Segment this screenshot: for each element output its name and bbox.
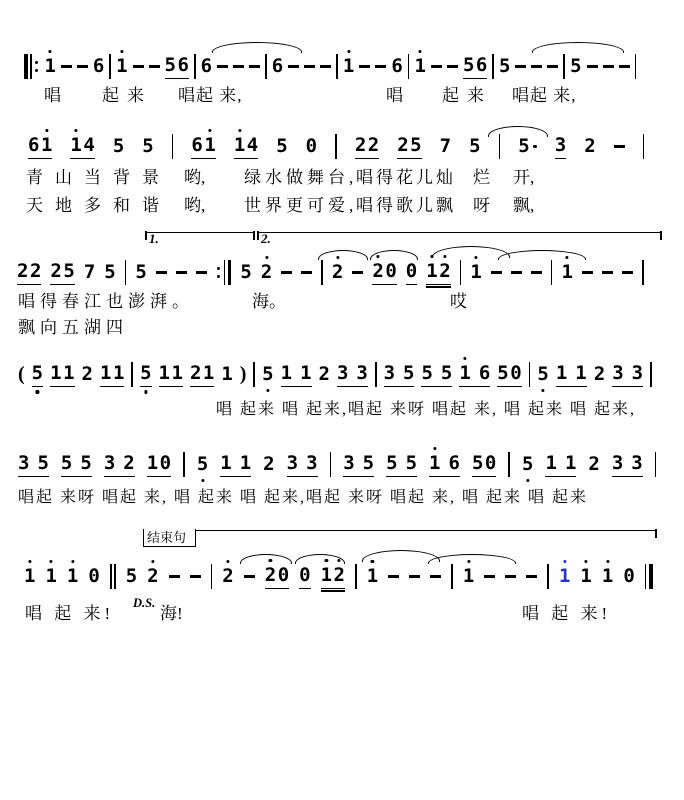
high-octave-dot xyxy=(419,50,422,53)
note: 2 xyxy=(147,566,158,587)
note: 7 xyxy=(440,136,451,157)
open-paren: ( xyxy=(18,363,25,386)
note-digit: 1 xyxy=(463,566,474,587)
note-digit: 1 xyxy=(343,56,354,77)
note-digit: 2 xyxy=(265,565,276,586)
bracket-label: 结束句 xyxy=(143,529,196,547)
sustain-dash xyxy=(547,65,558,68)
note-digit: 5 xyxy=(421,363,432,384)
note-digit: 2 xyxy=(263,454,274,475)
close-paren: ) xyxy=(240,363,247,386)
sustain-dash xyxy=(217,65,228,68)
note-digit: 6 xyxy=(448,453,459,474)
lyric-text: 起来 xyxy=(102,86,152,106)
sheet-music-page: 16156661615655唱起来唱起 来,唱起来唱起 来,6114556114… xyxy=(0,0,684,800)
barline xyxy=(194,54,196,79)
barline xyxy=(499,134,501,159)
note-digit: 3 xyxy=(306,453,317,474)
note-digit: 5 xyxy=(276,136,287,157)
low-octave-dot xyxy=(266,389,269,392)
sustain-dash xyxy=(249,65,260,68)
note-digit: 1 xyxy=(321,565,332,586)
high-octave-dot xyxy=(433,447,436,450)
sustain-dash xyxy=(531,65,542,68)
sustain-dash xyxy=(603,65,614,68)
notes-row: 16156661615655 xyxy=(24,54,636,79)
note-digit: 2 xyxy=(261,262,272,283)
sustain-dash xyxy=(388,575,399,578)
note: 5 xyxy=(240,262,251,283)
note: 2 xyxy=(82,364,93,385)
barline-thick xyxy=(649,564,653,589)
note-digit: 1 xyxy=(545,453,556,474)
sustain-dash xyxy=(526,575,537,578)
note-digit: 1 xyxy=(459,363,470,384)
note-digit: 5 xyxy=(240,262,251,283)
note-digit: 2 xyxy=(372,261,383,282)
note: 5 xyxy=(522,454,533,475)
barline xyxy=(375,362,377,387)
note-digit: 6 xyxy=(201,56,212,77)
sustain-dash xyxy=(511,271,522,274)
note-digit: 1 xyxy=(367,566,378,587)
note: 5 xyxy=(140,363,151,387)
beamed-note-group: 35 xyxy=(384,363,415,387)
lyric-text: 青山当背景 xyxy=(26,168,171,188)
note: 6 xyxy=(201,56,212,77)
note-digit: 2 xyxy=(332,262,343,283)
bracket-label: 1. xyxy=(149,232,159,245)
high-octave-dot xyxy=(347,50,350,53)
note-digit: 0 xyxy=(485,453,496,474)
note-digit: 0 xyxy=(385,261,396,282)
note-digit: 1 xyxy=(580,566,591,587)
note-digit: 1 xyxy=(63,363,74,384)
note: 5 xyxy=(499,56,510,77)
barline xyxy=(211,564,213,589)
note-digit: 3 xyxy=(612,453,623,474)
sustain-dash xyxy=(77,65,88,68)
note-digit: 1 xyxy=(116,56,127,77)
note: 1 xyxy=(367,566,378,587)
beamed-note-group: 10 xyxy=(147,453,171,477)
barline-thin xyxy=(645,564,647,589)
high-octave-dot xyxy=(606,560,609,563)
note-digit: 3 xyxy=(612,363,623,384)
note: 5 xyxy=(142,136,153,157)
barline xyxy=(492,54,494,79)
note: 2 xyxy=(594,364,605,385)
note-digit: 3 xyxy=(104,453,115,474)
high-octave-dot xyxy=(226,560,229,563)
beamed-note-group: 14 xyxy=(234,135,258,159)
note-digit: 1 xyxy=(565,453,576,474)
sustain-dash xyxy=(352,271,363,274)
beamed-note-group: 11 xyxy=(159,363,183,387)
bracket-label: 2. xyxy=(261,232,271,245)
note-digit: 6 xyxy=(28,135,39,156)
note-digit: 1 xyxy=(50,363,61,384)
rest-note: 0 xyxy=(623,566,634,587)
lyric-text: 唱 起 来! xyxy=(25,604,114,624)
beamed-note-group: 11 xyxy=(281,363,312,387)
repeat-begin-barline xyxy=(24,54,39,79)
note-digit: 1 xyxy=(171,363,182,384)
system-3: 1.2.22257555222001211唱得春江也澎湃。海。哎飘向五湖四 xyxy=(0,232,684,344)
note: 6 xyxy=(93,56,104,77)
beamed-note-group: 14 xyxy=(70,135,94,159)
note: 1 xyxy=(470,262,481,283)
barline xyxy=(172,134,174,159)
note: 1 xyxy=(24,566,35,587)
high-octave-dot xyxy=(151,560,154,563)
barline xyxy=(551,260,553,285)
note-digit: 1 xyxy=(414,56,425,77)
beamed-note-group: 55 xyxy=(386,453,417,477)
note-digit: 1 xyxy=(602,566,613,587)
note: 5 xyxy=(135,262,146,283)
note-digit: 1 xyxy=(147,453,158,474)
sustain-dash xyxy=(304,65,315,68)
note: 1 xyxy=(463,566,474,587)
sustain-dash xyxy=(515,65,526,68)
sustain-dash xyxy=(156,271,167,274)
note-digit: 3 xyxy=(18,453,29,474)
note-digit: 5 xyxy=(61,453,72,474)
barline xyxy=(650,362,652,387)
high-octave-dot xyxy=(50,560,53,563)
lyric-text: 唱得春江也澎湃。 xyxy=(18,292,194,312)
note-digit: 5 xyxy=(518,136,529,157)
note-digit: 1 xyxy=(470,262,481,283)
note: 5 xyxy=(197,454,208,475)
beamed-note-group: 61 xyxy=(191,135,215,159)
rest-note: 0 xyxy=(306,136,317,157)
sustain-dash xyxy=(288,65,299,68)
lyric-text: 哟, xyxy=(184,196,205,216)
note-digit: 1 xyxy=(24,566,35,587)
high-octave-dot xyxy=(265,256,268,259)
note-digit: 1 xyxy=(426,261,437,282)
sustain-dash xyxy=(149,65,160,68)
sustain-dash xyxy=(301,271,312,274)
note: 5 xyxy=(262,364,273,385)
augmentation-dot xyxy=(533,145,537,149)
note-digit: 6 xyxy=(391,56,402,77)
note-digit: 3 xyxy=(343,453,354,474)
barline xyxy=(408,54,410,79)
sustain-dash xyxy=(447,65,458,68)
note-digit: 2 xyxy=(147,566,158,587)
note-digit: 6 xyxy=(191,135,202,156)
lyric-text: 海。 xyxy=(252,292,286,312)
beamed-note-group: 33 xyxy=(287,453,318,477)
beamed-note-group: 56 xyxy=(463,55,487,79)
note-digit: 5 xyxy=(463,55,474,76)
barline xyxy=(635,54,637,79)
note-digit: 0 xyxy=(160,453,171,474)
note: 1 xyxy=(602,566,613,587)
barline-thin xyxy=(30,54,32,79)
note-digit: 3 xyxy=(287,453,298,474)
note-digit: 1 xyxy=(41,135,52,156)
note-digit: 5 xyxy=(469,136,480,157)
high-octave-dot xyxy=(238,129,241,132)
beamed-note-group: 12 xyxy=(321,565,345,589)
note-digit: 1 xyxy=(220,453,231,474)
slur-tie-arc xyxy=(212,42,302,53)
beamed-note-group: 55 xyxy=(421,363,452,387)
note: 2 xyxy=(222,566,233,587)
sustain-dash xyxy=(587,65,598,68)
sustain-dash xyxy=(602,271,613,274)
note-digit: 1 xyxy=(204,135,215,156)
rest-note: 0 xyxy=(299,565,310,589)
high-octave-dot xyxy=(474,256,477,259)
note-digit: 6 xyxy=(272,56,283,77)
note-digit: 2 xyxy=(50,261,61,282)
barline-thick xyxy=(24,54,28,79)
note-digit: 5 xyxy=(406,453,417,474)
lyric-text: 起来 xyxy=(442,86,492,106)
low-octave-dot xyxy=(526,479,529,482)
note-digit: 2 xyxy=(588,454,599,475)
note-digit: 1 xyxy=(575,363,586,384)
note: 5 xyxy=(276,136,287,157)
repeat-dots xyxy=(35,61,38,72)
lyric-text: 烂 xyxy=(473,168,490,188)
final-barline xyxy=(645,564,653,589)
system-2: 611455611450222575532青山当背景哟,绿水做舞台,唱得花儿灿烂… xyxy=(0,126,684,238)
note: 5 xyxy=(104,262,115,283)
beamed-note-group: 33 xyxy=(612,453,643,477)
note: 6 xyxy=(272,56,283,77)
ending-section-bracket: 结束句 xyxy=(143,530,657,541)
note-digit-highlight: 1 xyxy=(559,566,570,587)
lyric-text: 呀 xyxy=(473,196,490,216)
note-digit: 1 xyxy=(300,363,311,384)
note-digit: 5 xyxy=(570,56,581,77)
lyric-text: 开, xyxy=(513,168,534,188)
high-octave-dot xyxy=(464,357,467,360)
note: 5 xyxy=(113,136,124,157)
barline xyxy=(265,54,267,79)
repeat-dot xyxy=(217,267,220,270)
lyric-text: 唱起 来, xyxy=(178,86,243,106)
repeat-end-barline xyxy=(216,260,231,285)
slur-tie-arc xyxy=(532,42,624,53)
sustain-dash xyxy=(375,65,386,68)
lyric-text: 天地多和谐 xyxy=(26,196,171,216)
note: 1 xyxy=(67,566,78,587)
note-digit: 2 xyxy=(30,261,41,282)
sustain-dash xyxy=(244,575,255,578)
sustain-dash xyxy=(614,145,625,148)
note-digit: 0 xyxy=(406,261,417,282)
note-digit: 1 xyxy=(221,364,232,385)
lyric-text: 海! xyxy=(160,604,183,624)
sustain-dash xyxy=(133,65,144,68)
sustain-dash xyxy=(281,271,292,274)
note: 2 xyxy=(319,364,330,385)
volta-bracket: 1. xyxy=(145,232,255,243)
beamed-note-group: 33 xyxy=(612,363,643,387)
note: 5 xyxy=(518,136,537,157)
note-digit: 5 xyxy=(37,453,48,474)
beamed-note-group: 20 xyxy=(265,565,289,589)
note-digit: 1 xyxy=(113,363,124,384)
note: 6 xyxy=(391,56,402,77)
slur-tie-arc xyxy=(318,250,368,260)
beamed-note-group: 61 xyxy=(28,135,52,159)
note-digit: 2 xyxy=(334,565,345,586)
beamed-note-group: 55 xyxy=(61,453,92,477)
slur-tie-arc xyxy=(240,554,292,564)
note-digit: 2 xyxy=(439,261,450,282)
beamed-note-group: 25 xyxy=(50,261,74,285)
note-digit: 3 xyxy=(356,363,367,384)
high-octave-dot xyxy=(49,50,52,53)
note-digit: 2 xyxy=(355,135,366,156)
note-digit: 0 xyxy=(623,566,634,587)
note-digit: 0 xyxy=(88,566,99,587)
sustain-dash xyxy=(430,575,441,578)
note-digit: 5 xyxy=(537,364,548,385)
sustain-dash xyxy=(622,271,633,274)
note: 5 xyxy=(537,364,548,385)
sustain-dash xyxy=(431,65,442,68)
note-digit: 5 xyxy=(140,363,151,384)
note-digit: 2 xyxy=(123,453,134,474)
barline-thin xyxy=(114,564,116,589)
note: 1 xyxy=(559,566,570,587)
note-digit: 1 xyxy=(234,135,245,156)
lyric-text: 唱得花儿灿 xyxy=(356,168,456,188)
note-digit: 3 xyxy=(337,363,348,384)
beamed-note-group: 22 xyxy=(355,135,379,159)
barline xyxy=(451,564,453,589)
barline-thin xyxy=(110,564,112,589)
note: 5 xyxy=(32,363,43,387)
beamed-note-group: 11 xyxy=(100,363,124,387)
note-digit: 5 xyxy=(497,363,508,384)
note-digit: 5 xyxy=(113,136,124,157)
notes-row: 22257555222001211 xyxy=(17,260,644,285)
notes-row: 111052220012111110 xyxy=(24,564,653,589)
note-digit: 5 xyxy=(142,136,153,157)
note-digit: 1 xyxy=(45,566,56,587)
note: 7 xyxy=(84,262,95,283)
note: 5 xyxy=(469,136,480,157)
high-octave-dot xyxy=(71,560,74,563)
barline xyxy=(643,134,645,159)
lyric-text: 唱 xyxy=(44,86,61,106)
note: 5 xyxy=(570,56,581,77)
note-digit: 1 xyxy=(70,135,81,156)
lyric-text: 哎 xyxy=(450,292,467,312)
repeat-dot xyxy=(35,69,38,72)
lyric-text: 唱起 来, xyxy=(512,86,577,106)
note-digit: 1 xyxy=(67,566,78,587)
barline xyxy=(131,362,133,387)
note: 2 xyxy=(584,136,595,157)
note-digit: 4 xyxy=(83,135,94,156)
note-digit: 3 xyxy=(632,363,643,384)
notes-row: 611455611450222575532 xyxy=(28,134,644,159)
beamed-note-group: 16 xyxy=(459,363,490,387)
double-barline xyxy=(110,564,116,589)
beamed-note-group: 33 xyxy=(337,363,368,387)
high-octave-dot xyxy=(585,560,588,563)
low-octave-dot xyxy=(36,390,39,393)
note-digit: 6 xyxy=(177,55,188,76)
note-digit: 0 xyxy=(299,565,310,586)
beamed-note-group: 35 xyxy=(343,453,374,477)
sustain-dash xyxy=(505,575,516,578)
barline xyxy=(655,452,657,477)
note-digit: 2 xyxy=(368,135,379,156)
note-digit: 4 xyxy=(247,135,258,156)
beamed-note-group: 12 xyxy=(426,261,450,285)
note: 1 xyxy=(44,56,55,77)
note-digit: 6 xyxy=(93,56,104,77)
note-digit: 5 xyxy=(441,363,452,384)
note-digit: 5 xyxy=(126,566,137,587)
rest-note: 0 xyxy=(406,261,417,285)
sustain-dash xyxy=(61,65,72,68)
barline xyxy=(335,134,337,159)
note-digit: 5 xyxy=(135,262,146,283)
note-digit: 7 xyxy=(440,136,451,157)
slur-tie-arc xyxy=(498,250,586,260)
note-digit: 3 xyxy=(631,453,642,474)
system-6: 结束句111052220012111110唱 起 来!海!唱 起 来!D.S. xyxy=(0,530,684,642)
note: 2 xyxy=(263,454,274,475)
sustain-dash xyxy=(176,271,187,274)
barline xyxy=(508,452,510,477)
volta-bracket: 2. xyxy=(257,232,662,243)
note: 1 xyxy=(45,566,56,587)
barline-thin xyxy=(224,260,226,285)
sustain-dash xyxy=(320,65,331,68)
beamed-note-group: 56 xyxy=(165,55,189,79)
note-digit: 3 xyxy=(384,363,395,384)
repeat-dot xyxy=(217,275,220,278)
barline xyxy=(336,54,338,79)
note-digit: 6 xyxy=(476,55,487,76)
sustain-dash xyxy=(619,65,630,68)
beamed-note-group: 11 xyxy=(545,453,576,477)
beamed-note-group: 50 xyxy=(472,453,496,477)
note-digit: 5 xyxy=(403,363,414,384)
barline xyxy=(183,452,185,477)
sustain-dash xyxy=(582,271,593,274)
note-digit: 5 xyxy=(104,262,115,283)
note-digit: 2 xyxy=(319,364,330,385)
note-digit: 2 xyxy=(190,363,201,384)
sustain-dash xyxy=(484,575,495,578)
note-digit: 5 xyxy=(63,261,74,282)
barline xyxy=(125,260,127,285)
repeat-dots xyxy=(217,267,220,278)
note-digit: 5 xyxy=(197,454,208,475)
lyric-text: 唱得歌儿飘 xyxy=(356,196,456,216)
note-digit: 5 xyxy=(522,454,533,475)
sustain-dash xyxy=(190,575,201,578)
lyric-text: 哟, xyxy=(184,168,205,188)
note: 2 xyxy=(332,262,343,283)
high-octave-dot xyxy=(208,129,211,132)
